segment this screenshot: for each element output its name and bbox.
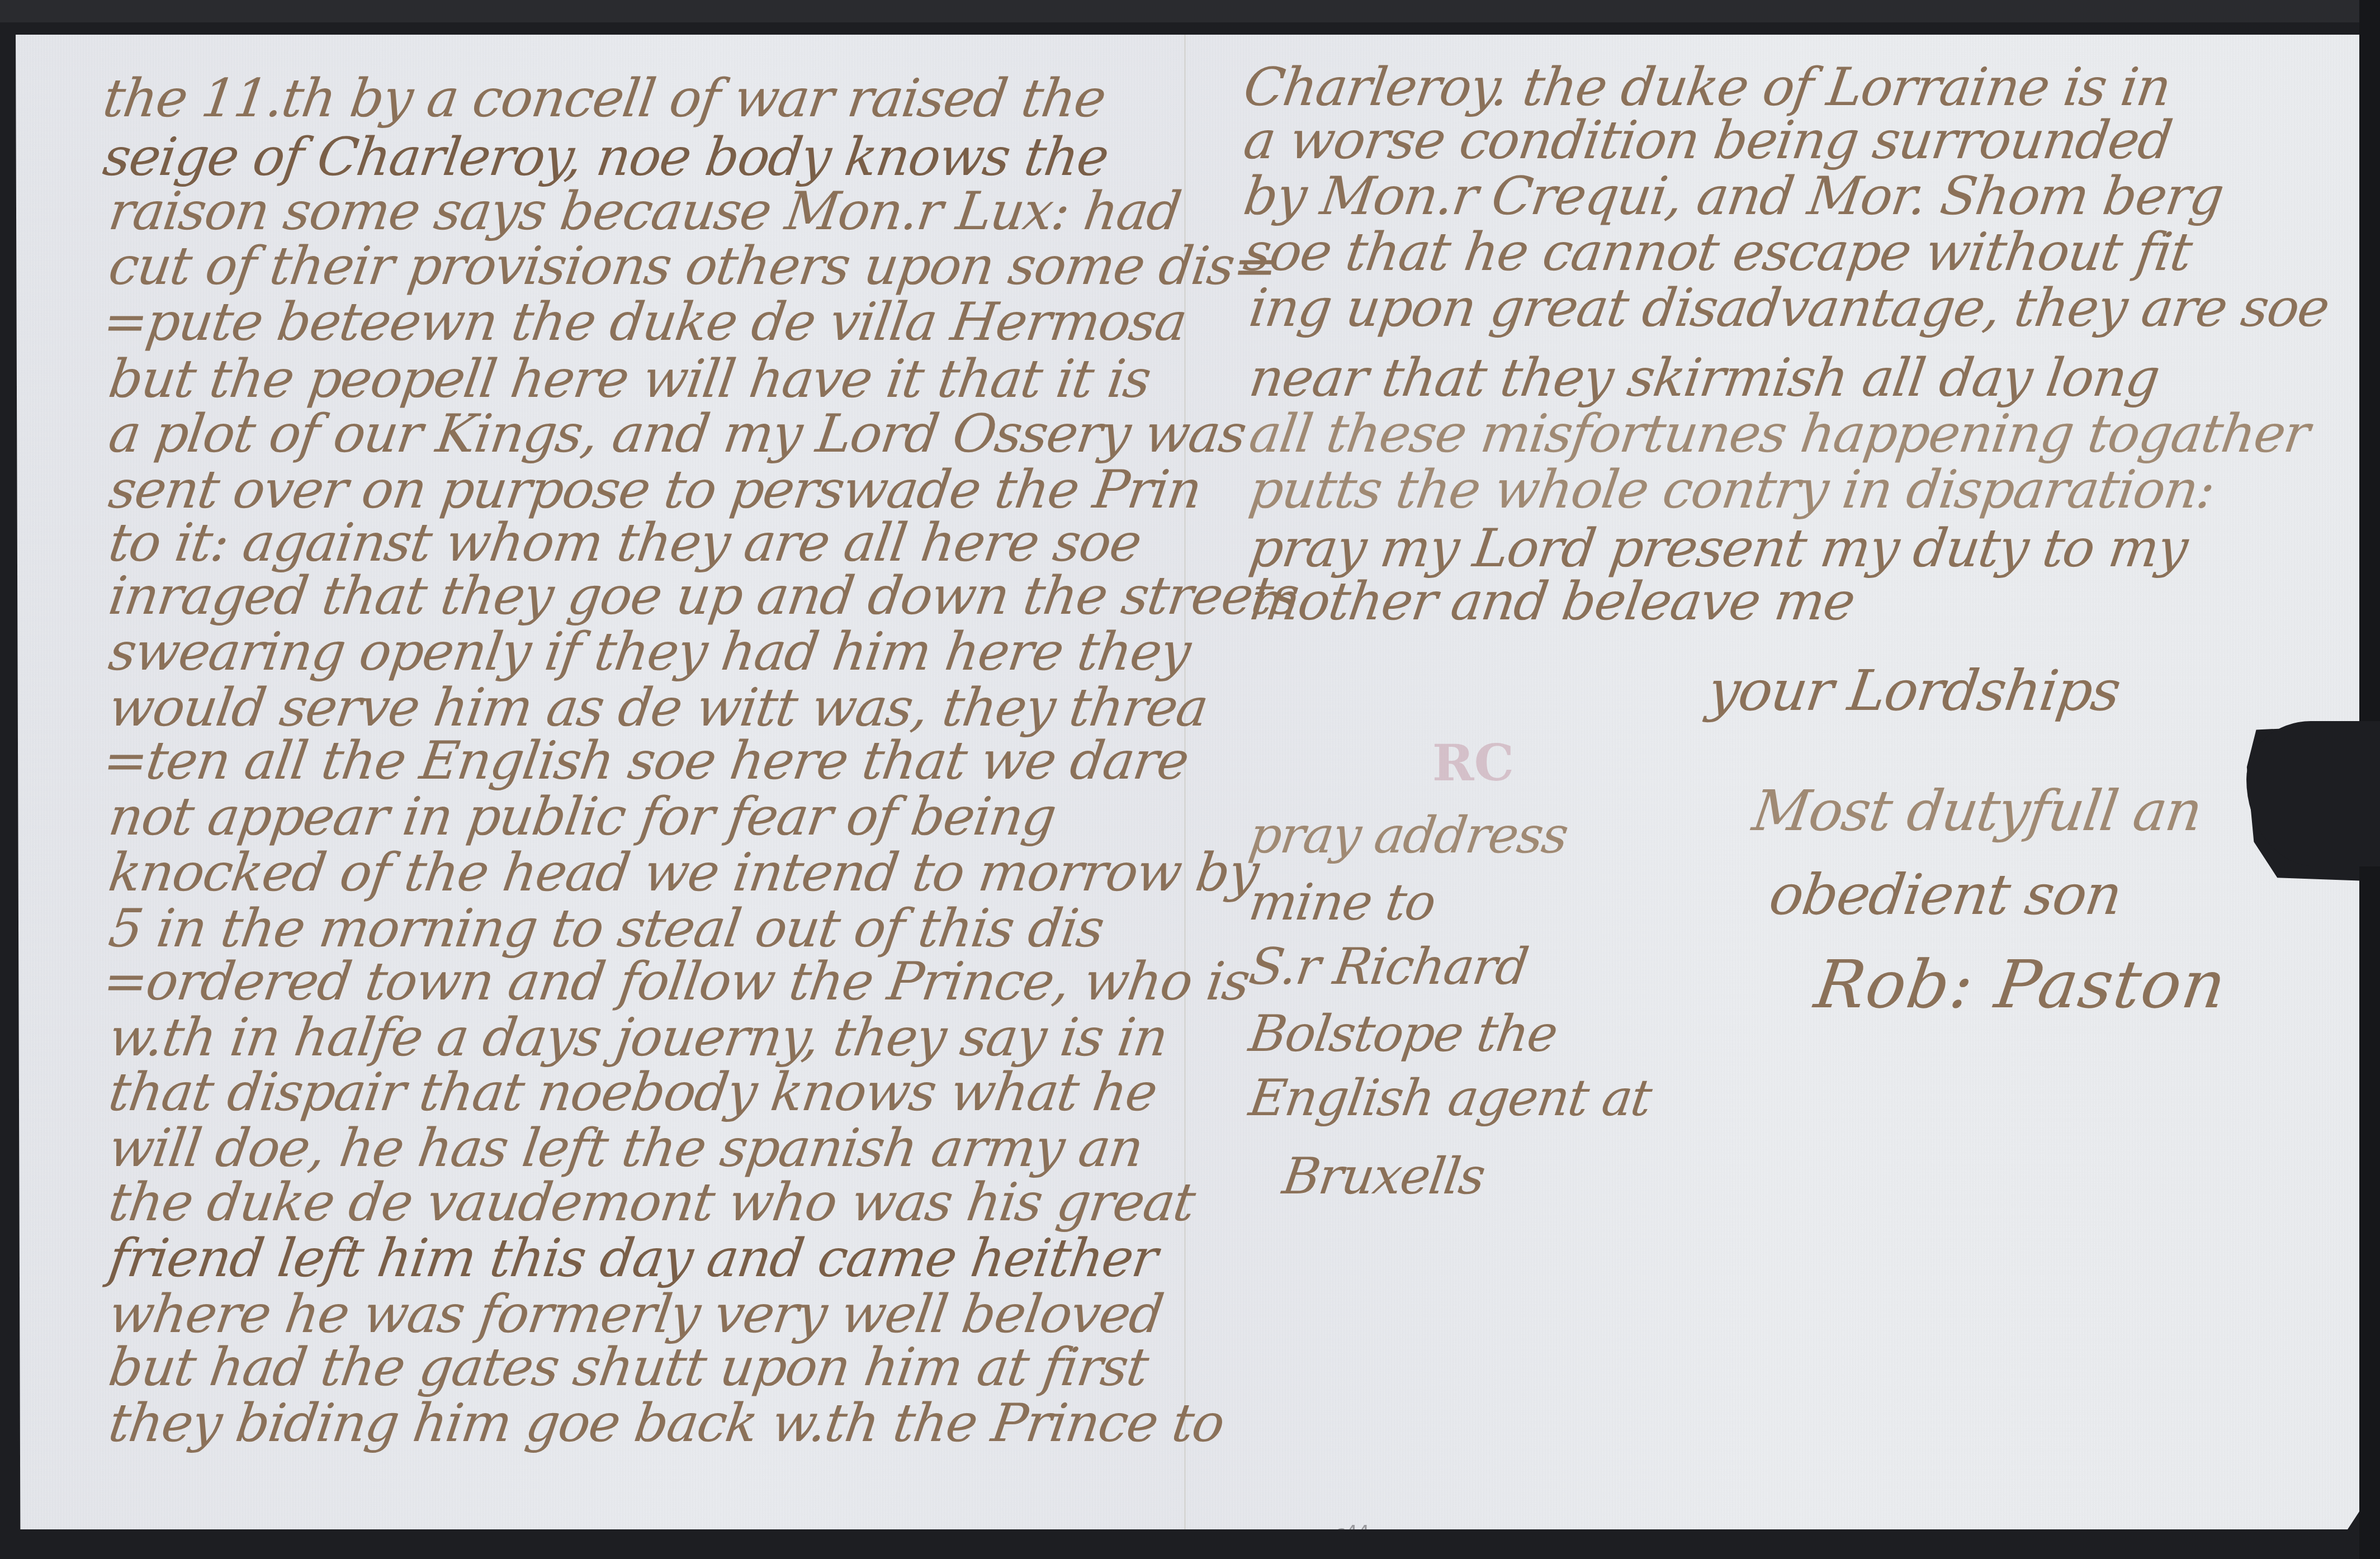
closing-line: obedient son: [1766, 862, 2125, 927]
text-line: =ten all the English soe here that we da…: [100, 731, 1192, 792]
text-line: seige of Charleroy, noe body knows the: [100, 127, 1111, 188]
address-line: English agent at: [1246, 1069, 1654, 1127]
text-line: inraged that they goe up and down the st…: [105, 566, 1302, 627]
text-line: 5 in the morning to steal out of this di…: [105, 898, 1107, 959]
left-page: the 11.th by a concell of war raised the…: [100, 35, 1179, 1529]
red-stamp: RC: [1431, 732, 1515, 794]
text-line: swearing openly if they had him here the…: [105, 622, 1194, 683]
closing-salutation: your Lordships: [1704, 658, 2124, 723]
burn-hole: [2246, 721, 2380, 866]
text-line: the duke de vaudemont who was his great: [105, 1172, 1198, 1233]
text-line: that dispair that noebody knows what he: [105, 1062, 1160, 1123]
text-line: =pute beteewn the duke de villa Hermosa: [100, 292, 1190, 353]
address-line: S.r Richard: [1246, 937, 1531, 996]
address-line: Bolstope the: [1246, 1004, 1560, 1063]
right-page: Charleroy. the duke of Lorraine is in a …: [1240, 35, 2347, 1529]
address-line: pray address: [1246, 806, 1571, 865]
text-line: the 11.th by a concell of war raised the: [100, 68, 1109, 129]
text-line: they biding him goe back w.th the Prince…: [105, 1393, 1227, 1454]
folio-number: c44: [1335, 1522, 1370, 1544]
text-line: all these misfortunes happening togather: [1246, 404, 2313, 465]
text-line: to it: against whom they are all here so…: [105, 513, 1144, 574]
text-line: mother and beleave me: [1246, 571, 1858, 632]
text-line: =ordered town and follow the Prince, who…: [100, 951, 1253, 1012]
address-line: Bruxells: [1279, 1147, 1488, 1206]
text-line: soe that he cannot escape without fit: [1240, 222, 2195, 283]
text-line: but the peopell here will have it that i…: [105, 349, 1154, 410]
text-line: a plot of our Kings, and my Lord Ossery …: [105, 404, 1250, 465]
closing-line: Most dutyfull an: [1749, 778, 2206, 844]
signature: Rob: Paston: [1810, 946, 2232, 1023]
address-line: mine to: [1246, 873, 1439, 932]
text-line: putts the whole contry in disparation:: [1246, 459, 2218, 520]
text-line: will doe, he has left the spanish army a…: [105, 1118, 1146, 1179]
text-line: sent over on purpose to perswade the Pri…: [105, 459, 1205, 520]
text-line: pray my Lord present my duty to my: [1246, 518, 2190, 579]
text-line: w.th in halfe a days jouerny, they say i…: [105, 1007, 1171, 1068]
letter-sheet: the 11.th by a concell of war raised the…: [16, 35, 2359, 1529]
text-line: near that they skirmish all day long: [1246, 348, 2163, 409]
text-line: a worse condition being surrounded: [1240, 110, 2175, 171]
text-line: but had the gates shutt upon him at firs…: [105, 1337, 1151, 1398]
text-line: raison some says because Mon.r Lux: had: [105, 181, 1184, 242]
text-line: cut of their provisions others upon some…: [105, 236, 1281, 297]
text-line: would serve him as de witt was, they thr…: [105, 677, 1211, 738]
text-line: knocked of the head we intend to morrow …: [105, 842, 1262, 903]
text-line: by Mon.r Crequi, and Mor. Shom berg: [1240, 166, 2227, 227]
text-line: ing upon great disadvantage, they are so…: [1246, 278, 2332, 339]
mount-background: [0, 0, 2380, 22]
text-line: friend left him this day and came heithe…: [105, 1228, 1161, 1289]
text-line: Charleroy. the duke of Lorraine is in: [1240, 57, 2174, 118]
text-line: not appear in public for fear of being: [105, 786, 1059, 847]
text-line: where he was formerly very well beloved: [105, 1284, 1166, 1345]
